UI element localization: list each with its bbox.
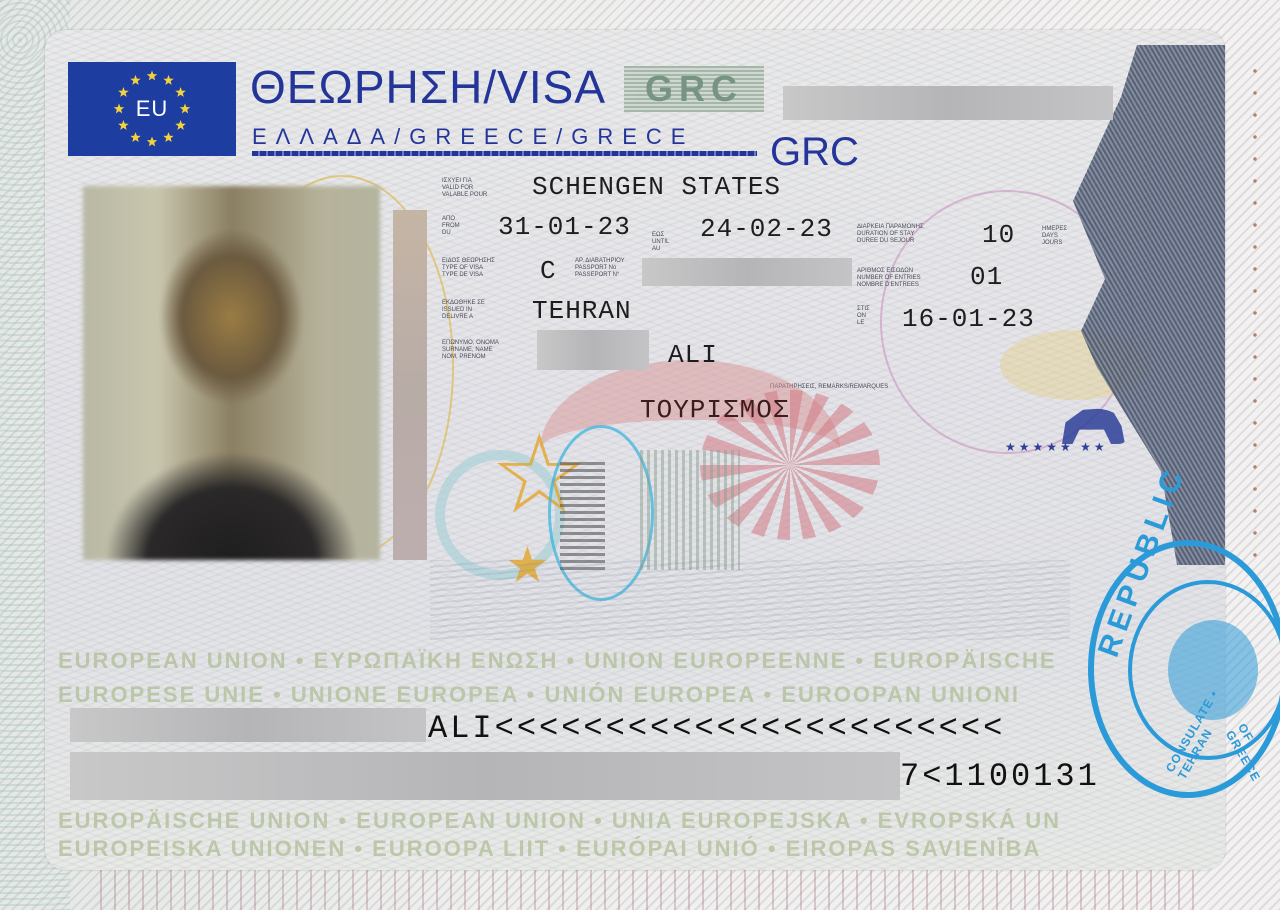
label-on: ΣΤΙΣONLE — [857, 306, 877, 327]
from-date: 31-01-23 — [498, 212, 631, 242]
redacted-passport-number — [642, 258, 852, 286]
label-issued-in: ΕΚΔΟΘΗΚΕ ΣΕISSUED INDELIVRE A — [442, 300, 522, 321]
holder-photo — [83, 186, 380, 560]
grey-emblem — [640, 450, 740, 570]
label-until: ΕΩΣUNTILAU — [652, 232, 682, 253]
emblem-stars-icon: ★★★★★ ★★ — [1005, 440, 1108, 454]
visa-type: C — [540, 256, 557, 286]
country-code: GRC — [770, 130, 859, 175]
duration-days: 10 — [982, 220, 1015, 250]
given-name: ALI — [668, 340, 718, 370]
label-days: ΗΜΕΡΕΣDAYSJOURS — [1042, 226, 1062, 247]
page-perforation-dots — [1245, 60, 1265, 560]
mrz-line-1: ALI<<<<<<<<<<<<<<<<<<<<<<< — [428, 710, 1005, 747]
until-date: 24-02-23 — [700, 214, 833, 244]
visa-title: ΘΕΩΡΗΣΗ/VISA — [250, 60, 606, 114]
label-entries: ΑΡΙΘΜΟΣ ΕΙΣΟΔΩΝNUMBER OF ENTRIESNOMBRE D… — [857, 268, 947, 289]
redacted-surname — [537, 330, 649, 370]
redacted-visa-number — [783, 86, 1113, 120]
microprint-row-2: EUROPESE UNIE • UNIONE EUROPEA • UNIÓN E… — [58, 682, 1058, 708]
hologram-grc: GRC — [624, 66, 764, 112]
valid-for-value: SCHENGEN STATES — [532, 172, 781, 202]
eu-flag-icon: EU — [68, 62, 236, 156]
eu-label: EU — [68, 96, 236, 122]
ghost-image — [393, 210, 427, 560]
wave-pattern — [430, 560, 1070, 640]
microprint-row-3: EUROPÄISCHE UNION • EUROPEAN UNION • UNI… — [58, 808, 1058, 834]
microprint-band — [252, 151, 757, 156]
microprint-row-4: EUROPEISKA UNIONEN • EUROOPA LIIT • EURÓ… — [58, 836, 1058, 862]
label-duration: ΔΙΑΡΚΕΙΑ ΠΑΡΑΜΟΝΗΣDURATION OF STAYDUREE … — [857, 224, 947, 245]
label-valid-for: ΙΣΧΥΕΙ ΓΙΑVALID FORVALABLE POUR — [442, 178, 522, 199]
microprint-row-1: EUROPEAN UNION • ΕΥΡΩΠΑΪΚΗ ΕΝΩΣΗ • UNION… — [58, 648, 1058, 674]
issuing-country: ΕΛΛΑΔΑ/GREECE/GRECE — [252, 124, 694, 150]
mrz-line-2-tail: 7<1100131 — [900, 758, 1100, 795]
issue-date: 16-01-23 — [902, 304, 1035, 334]
issued-in: TEHRAN — [532, 296, 632, 326]
label-name: ΕΠΩΝΥΜΟ, ΟΝΟΜΑSURNAME, NAMENOM, PRENOM — [442, 340, 522, 361]
remarks-value: ΤΟΥΡΙΣΜΟΣ — [640, 395, 789, 425]
redacted-mrz-line-2 — [70, 752, 900, 800]
label-passport: ΑΡ. ΔΙΑΒΑΤΗΡΙΟΥPASSPORT NoPASSEPORT N° — [575, 258, 635, 279]
dark-emblem — [560, 460, 605, 570]
label-type: ΕΙΔΟΣ ΘΕΩΡΗΣΗΣTYPE OF VISATYPE DE VISA — [442, 258, 522, 279]
redacted-mrz-surname — [70, 708, 426, 742]
number-of-entries: 01 — [970, 262, 1003, 292]
